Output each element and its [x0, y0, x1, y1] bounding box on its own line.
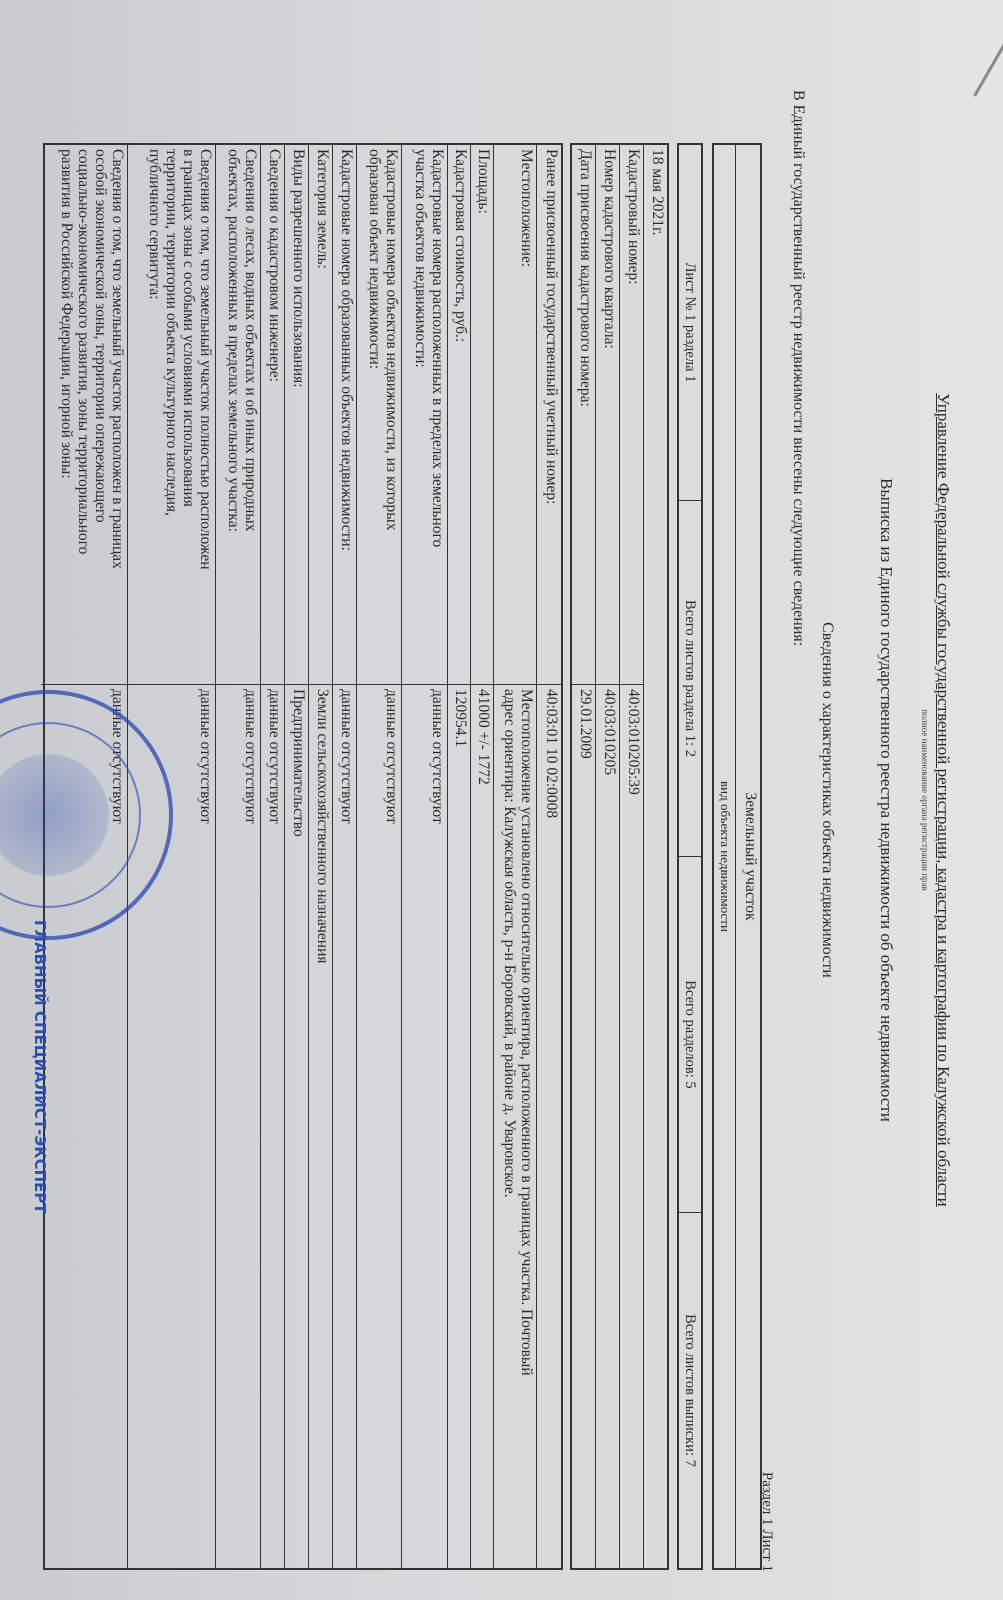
row-value: данные отсутствуют [261, 685, 284, 1568]
row-value: 29.01.2009 [571, 685, 595, 1568]
row-label: Сведения о том, что земельный участок ра… [41, 145, 127, 685]
table-row: Кадастровые номера расположенных в преде… [401, 145, 447, 1568]
row-value: данные отсутствуют [216, 685, 260, 1568]
row-label: Местоположение: [494, 145, 536, 685]
intro-text: В Единый государственный реестр недвижим… [789, 90, 807, 646]
row-label: Площадь: [471, 145, 493, 685]
row-label: Ранее присвоенный государственный учетны… [537, 145, 561, 685]
row-label: Кадастровый номер: [620, 145, 643, 685]
table-row: Кадастровые номера объектов недвижимости… [356, 145, 401, 1568]
row-label: Кадастровые номера образованных объектов… [333, 145, 356, 685]
row-value: Земли сельскохозяйственного назначения [309, 685, 332, 1568]
row-value: Предпринимательство [285, 685, 308, 1568]
row-value: 40:03:010205 [596, 685, 619, 1568]
row-label: Номер кадастрового квартала: [596, 145, 619, 685]
row-label: Сведения о лесах, водных объектах и об и… [216, 145, 260, 685]
authority-caption: полное наименование органа регистрации п… [920, 0, 930, 1600]
row-label: Дата присвоения кадастрового номера: [571, 145, 595, 685]
table-row: Кадастровый номер:40:03:010205:39 [619, 145, 643, 1568]
row-value: данные отсутствуют [357, 685, 401, 1568]
table-row: Ранее присвоенный государственный учетны… [536, 145, 561, 1568]
row-value: 120954.1 [448, 685, 470, 1568]
row-value: 40:03:010205:39 [620, 685, 643, 1568]
row-label: Сведения о том, что земельный участок по… [128, 145, 215, 685]
object-type: Земельный участок [736, 145, 760, 1568]
identification-table: 18 мая 2021г. Кадастровый номер:40:03:01… [570, 143, 669, 1570]
sheets-in-section: Всего листов раздела 1: 2 [679, 501, 701, 857]
pen-artifact [973, 43, 1003, 96]
table-row: Номер кадастрового квартала:40:03:010205 [595, 145, 619, 1568]
signature-title: ГЛАВНЫЙ СПЕЦИАЛИСТ-ЭКСПЕРТ [31, 920, 48, 1214]
table-row: Площадь:41000 +/- 1772 [470, 145, 493, 1568]
table-row: Местоположение:Местоположение установлен… [493, 145, 536, 1568]
table-row: Категория земель:Земли сельскохозяйствен… [308, 145, 332, 1568]
row-label: Кадастровая стоимость, руб.: [448, 145, 470, 685]
table-row: Сведения о кадастровом инженере:данные о… [260, 145, 284, 1568]
table-row: Кадастровая стоимость, руб.:120954.1 [447, 145, 470, 1568]
authority-text: Управление Федеральной службы государств… [934, 393, 953, 1207]
document-title: Выписка из Единого государственного реес… [876, 0, 896, 1600]
row-value: данные отсутствуют [333, 685, 356, 1568]
row-label: Категория земель: [309, 145, 332, 685]
row-value: данные отсутствуют [402, 685, 447, 1568]
row-value: 40:03:01 10 02:0008 [537, 685, 561, 1568]
table-row: Дата присвоения кадастрового номера:29.0… [571, 145, 595, 1568]
row-label: Виды разрешенного использования: [285, 145, 308, 685]
object-type-caption: вид объекта недвижимости [712, 145, 735, 1568]
authority-name: Управление Федеральной службы государств… [933, 0, 953, 1600]
section-title: Сведения о характеристиках объекта недви… [818, 0, 836, 1600]
sheet-number: Лист № 1 раздела 1 [679, 145, 701, 501]
row-value: Местоположение установлено относительно … [494, 685, 536, 1568]
extract-date: 18 мая 2021г. [644, 145, 667, 1568]
table-row: Виды разрешенного использования:Предприн… [284, 145, 308, 1568]
table-row: Сведения о лесах, водных объектах и об и… [215, 145, 260, 1568]
sheet-info-box: Лист № 1 раздела 1 Всего листов раздела … [677, 143, 703, 1570]
document-page: Управление Федеральной службы государств… [0, 0, 1003, 1600]
table-row: Кадастровые номера образованных объектов… [332, 145, 356, 1568]
row-value: 41000 +/- 1772 [471, 685, 493, 1568]
object-type-box: Земельный участок вид объекта недвижимос… [712, 143, 762, 1570]
row-label: Кадастровые номера объектов недвижимости… [357, 145, 401, 685]
row-label: Кадастровые номера расположенных в преде… [402, 145, 447, 685]
sections-total: Всего разделов: 5 [679, 857, 701, 1213]
sheets-total: Всего листов выписки: 7 [679, 1213, 701, 1568]
row-label: Сведения о кадастровом инженере: [261, 145, 284, 685]
